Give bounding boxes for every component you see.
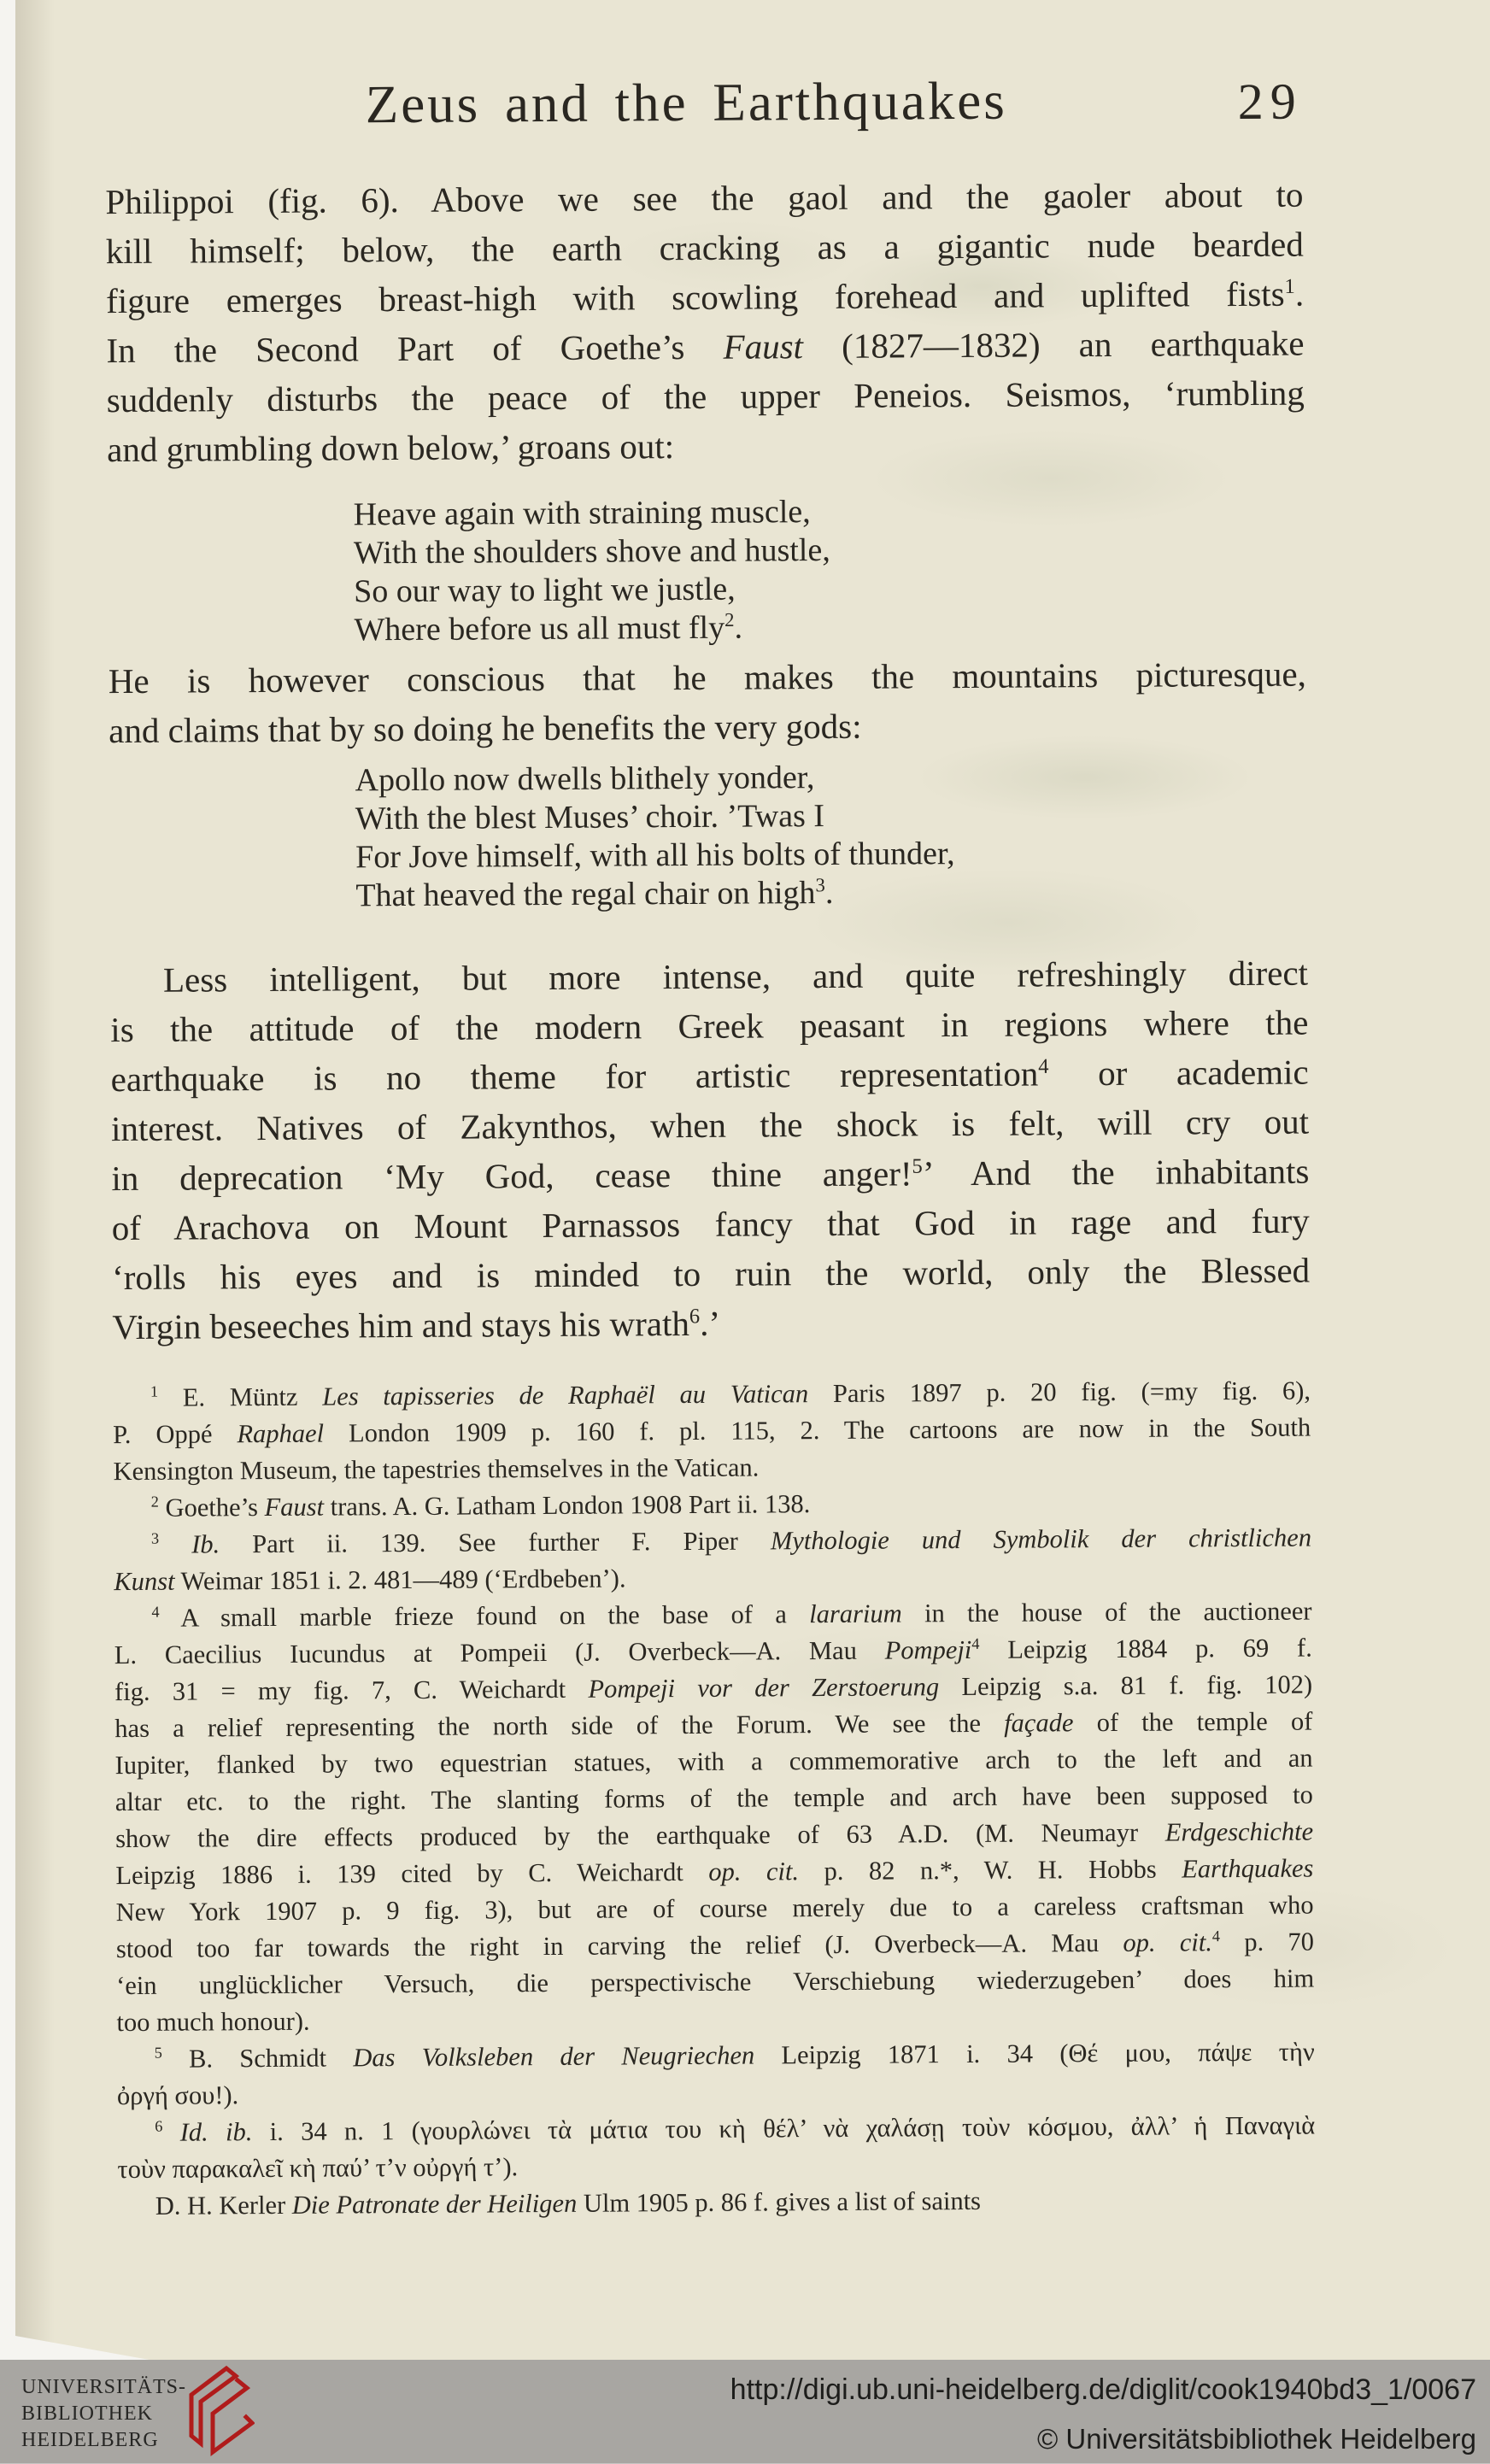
text-line: earthquake is no theme for artistic repr…: [111, 1047, 1309, 1105]
text-line: That heaved the regal chair on high3.: [355, 871, 1307, 916]
verse-quotation: Heave again with straining muscle,With t…: [354, 490, 1306, 650]
ub-heidelberg-logo-icon: [179, 2362, 255, 2458]
footnote: 1 E. Müntz Les tapisseries de Raphaël au…: [113, 1373, 1311, 1491]
text-line: Heave again with straining muscle,: [354, 490, 1305, 535]
wordmark-line: BIBLIOTHEK: [21, 2401, 186, 2427]
text-line: kill himself; below, the earth cracking …: [106, 220, 1304, 277]
page-spine-shadow: [15, 0, 55, 2360]
wordmark-line: UNIVERSITÄTS-: [21, 2374, 186, 2401]
verse-quotation: Apollo now dwells blithely yonder,With t…: [355, 756, 1307, 916]
text-line: So our way to light we justle,: [354, 567, 1305, 612]
library-wordmark: UNIVERSITÄTS- BIBLIOTHEK HEIDELBERG: [21, 2374, 186, 2454]
wordmark-line: HEIDELBERG: [21, 2427, 186, 2454]
text-line: ‘ein unglücklicher Versuch, die perspect…: [116, 1961, 1314, 2005]
copyright-notice: © Universitätsbibliothek Heidelberg: [1037, 2423, 1476, 2455]
text-line: and claims that by so doing he benefits …: [109, 699, 1306, 756]
text-line: is the attitude of the modern Greek peas…: [110, 998, 1308, 1055]
text-line: interest. Natives of Zakynthos, when the…: [111, 1097, 1309, 1154]
footnotes-section: 1 E. Müntz Les tapisseries de Raphaël au…: [113, 1373, 1316, 2226]
text-line: figure emerges breast-high with scowling…: [106, 269, 1304, 326]
text-line: 3 Ib. Part ii. 139. See further F. Piper…: [114, 1520, 1311, 1564]
text-line: Apollo now dwells blithely yonder,: [355, 756, 1306, 801]
page-text-block: Zeus and the Earthquakes 29 Philippoi (f…: [104, 0, 1316, 2225]
text-line: suddenly disturbs the peace of the upper…: [107, 368, 1305, 425]
library-footer-bar: UNIVERSITÄTS- BIBLIOTHEK HEIDELBERG http…: [0, 2360, 1490, 2464]
footnote: 3 Ib. Part ii. 139. See further F. Piper…: [114, 1520, 1311, 1601]
footnote: 4 A small marble frieze found on the bas…: [114, 1593, 1314, 2042]
text-line: With the shoulders shove and hustle,: [354, 529, 1305, 573]
text-line: He is however conscious that he makes th…: [109, 649, 1306, 707]
text-line: Less intelligent, but more intense, and …: [110, 948, 1308, 1006]
text-line: in deprecation ‘My God, cease thine ange…: [111, 1147, 1309, 1204]
body-paragraph: Philippoi (fig. 6). Above we see the gao…: [105, 170, 1305, 475]
body-text: Philippoi (fig. 6). Above we see the gao…: [105, 170, 1310, 1352]
page-title: Zeus and the Earthquakes: [366, 73, 1007, 133]
text-line: With the blest Muses’ choir. ’Twas I: [355, 795, 1307, 839]
text-line: Philippoi (fig. 6). Above we see the gao…: [105, 170, 1303, 227]
text-line: D. H. Kerler Die Patronate der Heiligen …: [118, 2181, 1316, 2226]
footnote: 5 B. Schmidt Das Volksleben der Neugriec…: [117, 2034, 1315, 2115]
text-line: and grumbling down below,’ groans out:: [107, 418, 1305, 475]
digitized-page-view: { "colors":{ "paper":"#e9e5d3", "ink":"#…: [0, 0, 1490, 2464]
scan-source-url: http://digi.ub.uni-heidelberg.de/diglit/…: [730, 2373, 1476, 2407]
text-line: For Jove himself, with all his bolts of …: [355, 833, 1307, 877]
text-line: of Arachova on Mount Parnassos fancy tha…: [112, 1196, 1310, 1253]
text-line: 5 B. Schmidt Das Volksleben der Neugriec…: [117, 2034, 1315, 2079]
text-line: P. Oppé Raphael London 1909 p. 160 f. pl…: [113, 1410, 1311, 1454]
body-paragraph: Less intelligent, but more intense, and …: [110, 948, 1311, 1352]
running-header: Zeus and the Earthquakes 29: [105, 71, 1303, 135]
footnote-continuation: D. H. Kerler Die Patronate der Heiligen …: [118, 2181, 1316, 2226]
body-paragraph: He is however conscious that he makes th…: [109, 649, 1307, 756]
page-number: 29: [1238, 73, 1303, 132]
text-line: 6 Id. ib. i. 34 n. 1 (γουρλώνει τὰ μάτια…: [117, 2108, 1315, 2152]
footnote: 6 Id. ib. i. 34 n. 1 (γουρλώνει τὰ μάτια…: [117, 2108, 1315, 2189]
book-page-scan: Zeus and the Earthquakes 29 Philippoi (f…: [0, 0, 1490, 2360]
text-line: Where before us all must fly2.: [354, 606, 1305, 650]
text-line: ‘rolls his eyes and is minded to ruin th…: [112, 1246, 1310, 1303]
text-line: In the Second Part of Goethe’s Faust (18…: [106, 319, 1304, 376]
text-line: Virgin beseeches him and stays his wrath…: [112, 1295, 1310, 1352]
